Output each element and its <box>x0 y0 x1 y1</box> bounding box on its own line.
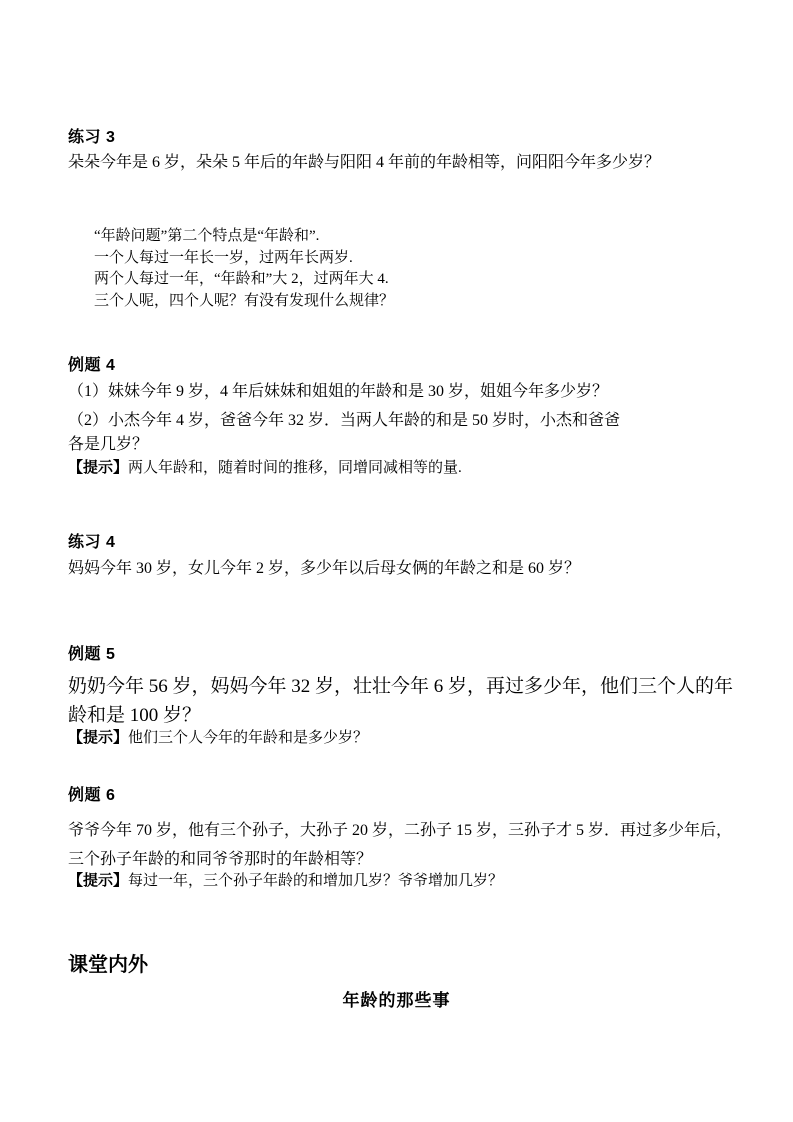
hint-label: 【提示】 <box>68 872 128 889</box>
practice4-heading: 练习 4 <box>68 529 115 552</box>
example6-heading: 例题 6 <box>68 782 115 805</box>
hint-text: 他们三个人今年的年龄和是多少岁？ <box>128 730 368 746</box>
hint-label: 【提示】 <box>68 729 128 746</box>
classroom-section-heading: 课堂内外 <box>68 948 148 977</box>
story-title: 年龄的那些事 <box>0 986 793 1011</box>
note-line-3: 两个人每过一年，“年龄和”大 2，过两年大 4. <box>94 267 389 288</box>
practice4-problem-text: 妈妈今年 30 岁，女儿今年 2 岁，多少年以后母女俩的年龄之和是 60 岁？ <box>68 555 580 578</box>
note-line-4: 三个人呢，四个人呢？有没有发现什么规律？ <box>94 289 394 310</box>
example4-problem2-text: （2）小杰今年 4 岁，爸爸今年 32 岁．当两人年龄的和是 50 岁时，小杰和… <box>68 407 620 430</box>
example5-problem-text-line2: 龄和是 100 岁？ <box>68 700 201 727</box>
hint-label: 【提示】 <box>68 459 128 476</box>
practice3-problem-text: 朵朵今年是 6 岁，朵朵 5 年后的年龄与阳阳 4 年前的年龄相等，问阳阳今年多… <box>68 149 660 172</box>
example6-problem-text-line1: 爷爷今年 70 岁，他有三个孙子，大孙子 20 岁，二孙子 15 岁，三孙子才 … <box>68 817 732 840</box>
example4-problem1-text: （1）妹妹今年 9 岁，4 年后妹妹和姐姐的年龄和是 30 岁，姐姐今年多少岁？ <box>68 378 608 401</box>
example6-hint: 【提示】每过一年，三个孙子年龄的和增加几岁？爷爷增加几岁？ <box>68 869 503 890</box>
hint-text: 每过一年，三个孙子年龄的和增加几岁？爷爷增加几岁？ <box>128 873 503 889</box>
hint-text: 两人年龄和，随着时间的推移，同增同减相等的量. <box>128 460 462 476</box>
example5-hint: 【提示】他们三个人今年的年龄和是多少岁？ <box>68 726 368 747</box>
example4-problem2-text-wrap: 各是几岁？ <box>68 431 148 454</box>
practice3-heading: 练习 3 <box>68 124 115 147</box>
note-line-2: 一个人每过一年长一岁，过两年长两岁. <box>94 246 353 267</box>
note-line-1: “年龄问题”第二个特点是“年龄和”. <box>94 224 319 245</box>
example4-hint: 【提示】两人年龄和，随着时间的推移，同增同减相等的量. <box>68 456 462 477</box>
worksheet-page: 练习 3 朵朵今年是 6 岁，朵朵 5 年后的年龄与阳阳 4 年前的年龄相等，问… <box>0 0 793 1122</box>
example5-problem-text-line1: 奶奶今年 56 岁，妈妈今年 32 岁，壮壮今年 6 岁，再过多少年，他们三个人… <box>68 671 733 698</box>
example4-heading: 例题 4 <box>68 352 115 375</box>
example5-heading: 例题 5 <box>68 641 115 664</box>
example6-problem-text-line2: 三个孙子年龄的和同爷爷那时的年龄相等？ <box>68 846 372 869</box>
